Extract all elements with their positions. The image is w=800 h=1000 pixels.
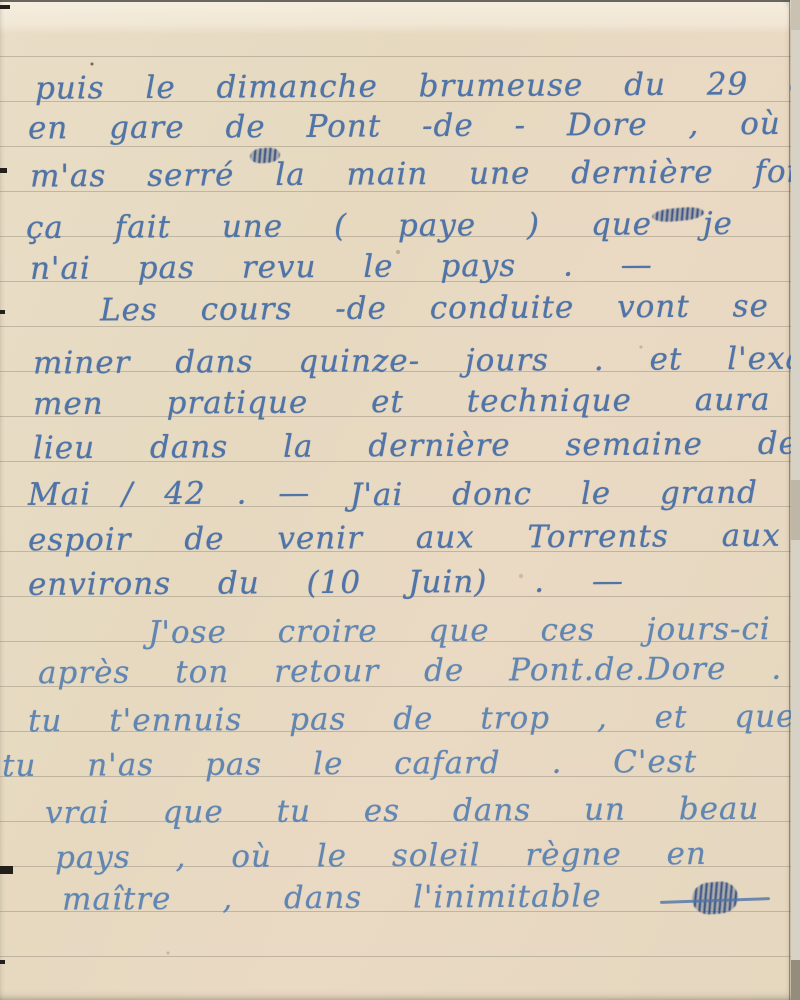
handwriting-line: maître , dans l'inimitable xyxy=(62,874,602,922)
handwriting-line: Les cours -de conduite vont se ter- xyxy=(100,284,800,334)
scan-artifact xyxy=(0,168,7,173)
handwriting-line: tu n'as pas le cafard . C'est xyxy=(2,740,697,789)
letter-paper: puis le dimanche brumeuse du 29 octobre … xyxy=(0,0,791,1000)
handwriting-line: lieu dans la dernière semaine de xyxy=(33,422,798,472)
handwriting-line: vrai que tu es dans un beau xyxy=(45,787,760,836)
scan-artifact xyxy=(0,866,13,874)
scan-artifact xyxy=(0,310,5,314)
handwriting-line: men pratique et technique aura xyxy=(33,378,771,428)
scan-artifact xyxy=(0,960,5,964)
handwriting-line: environs du (10 Juin) . — xyxy=(28,559,624,608)
handwriting-line: espoir de venir aux Torrents aux xyxy=(28,514,781,564)
scanned-letter-page: puis le dimanche brumeuse du 29 octobre … xyxy=(0,0,800,1000)
handwriting-line: en gare de Pont -de - Dore , où tu xyxy=(28,101,800,151)
handwriting-line: après ton retour de Pont.de.Dore . xyxy=(38,647,782,697)
scan-background-strip xyxy=(791,0,800,1000)
handwriting-line: J'ai donc le grand xyxy=(350,471,758,518)
handwriting-line: pays , où le soleil règne en xyxy=(55,832,707,881)
handwriting-line: m'as serré la main une dernière fois , xyxy=(30,149,800,199)
scan-artifact xyxy=(0,5,10,9)
handwriting-line: Mai / 42 . — xyxy=(28,471,311,518)
handwriting-line: tu t'ennuis pas de trop , et que xyxy=(28,695,796,745)
scan-edge-top xyxy=(0,0,790,2)
paper-edge-line xyxy=(789,0,790,1000)
